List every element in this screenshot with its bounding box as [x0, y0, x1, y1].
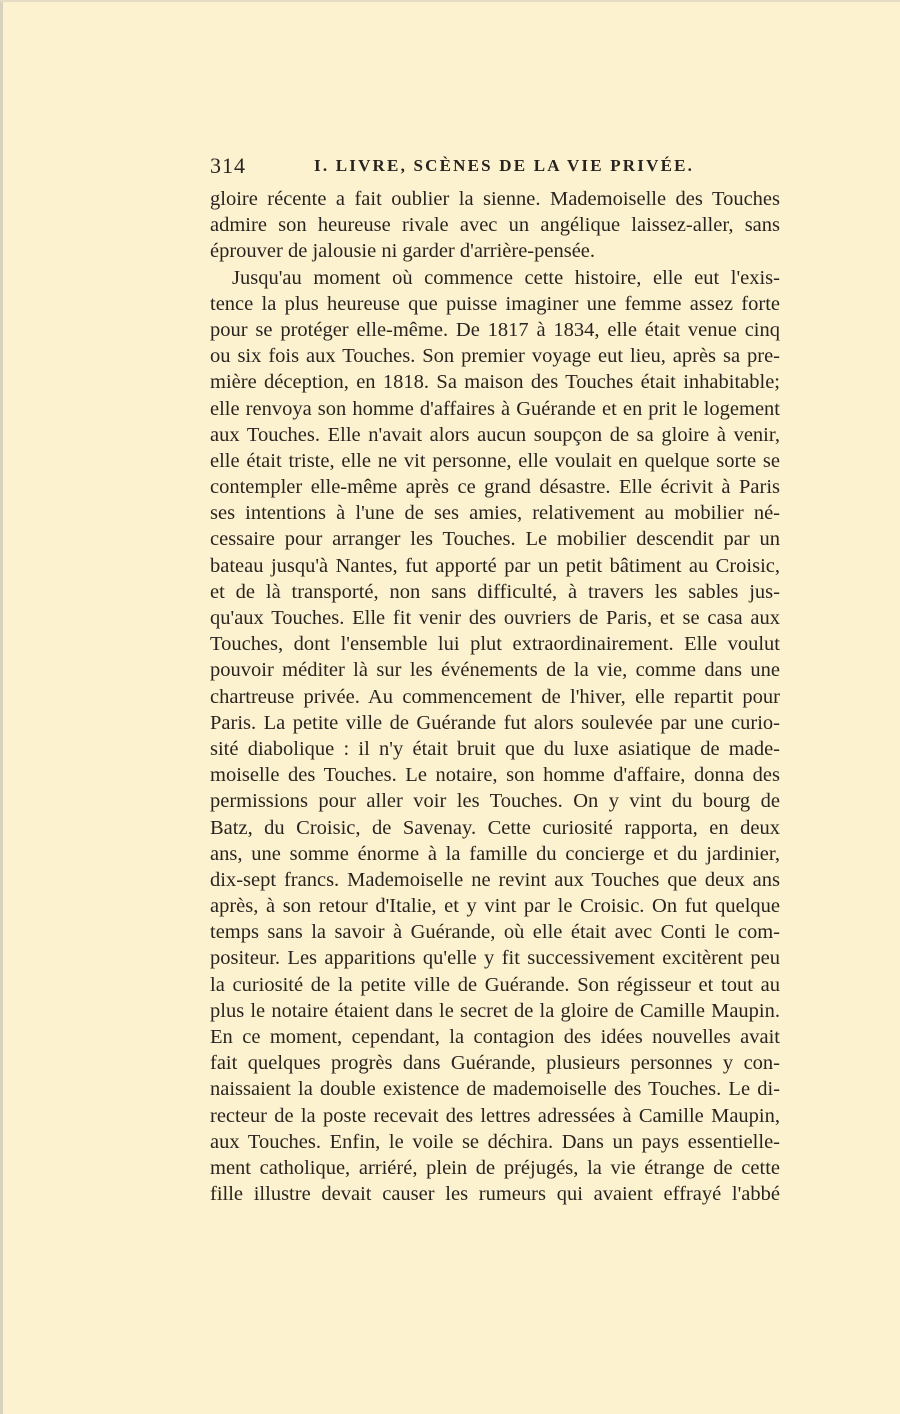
text-line: contempler elle-même après ce grand désa… [210, 474, 780, 500]
text-line: ses intentions à l'une de ses amies, rel… [210, 500, 780, 526]
text-line: cessaire pour arranger les Touches. Le m… [210, 526, 780, 552]
text-line: mière déception, en 1818. Sa maison des … [210, 369, 780, 395]
text-line: Touches, dont l'ensemble lui plut extrao… [210, 631, 780, 657]
text-line: temps sans la savoir à Guérande, où elle… [210, 919, 780, 945]
text-line: fait quelques progrès dans Guérande, plu… [210, 1050, 780, 1076]
text-line: chartreuse privée. Au commencement de l'… [210, 684, 780, 710]
text-line: la curiosité de la petite ville de Guéra… [210, 972, 780, 998]
text-line: pour se protéger elle-même. De 1817 à 18… [210, 317, 780, 343]
text-line: ou six fois aux Touches. Son premier voy… [210, 343, 780, 369]
text-line: En ce moment, cependant, la contagion de… [210, 1024, 780, 1050]
text-line: bateau jusqu'à Nantes, fut apporté par u… [210, 553, 780, 579]
text-line: gloire récente a fait oublier la sienne.… [210, 186, 780, 212]
text-line: aux Touches. Elle n'avait alors aucun so… [210, 422, 780, 448]
text-line: fille illustre devait causer les rumeurs… [210, 1181, 780, 1207]
text-line: elle renvoya son homme d'affaires à Guér… [210, 396, 780, 422]
text-line: Jusqu'au moment où commence cette histoi… [210, 265, 780, 291]
text-line: qu'aux Touches. Elle fit venir des ouvri… [210, 605, 780, 631]
page-edge [0, 0, 3, 1414]
running-head: 314 I. LIVRE, SCÈNES DE LA VIE PRIVÉE. [210, 153, 780, 181]
running-title: I. LIVRE, SCÈNES DE LA VIE PRIVÉE. [314, 156, 694, 176]
text-line: permissions pour aller voir les Touches.… [210, 788, 780, 814]
text-line: Paris. La petite ville de Guérande fut a… [210, 710, 780, 736]
text-line: dix-sept francs. Mademoiselle ne revint … [210, 867, 780, 893]
text-line: naissaient la double existence de mademo… [210, 1076, 780, 1102]
text-line: après, à son retour d'Italie, et y vint … [210, 893, 780, 919]
page-edge-top [0, 0, 900, 2]
text-line: éprouver de jalousie ni garder d'arrière… [210, 238, 780, 264]
text-line: et de là transporté, non sans difficulté… [210, 579, 780, 605]
page-number: 314 [210, 153, 246, 179]
text-line: ment catholique, arriéré, plein de préju… [210, 1155, 780, 1181]
text-line: moiselle des Touches. Le notaire, son ho… [210, 762, 780, 788]
text-line: Batz, du Croisic, de Savenay. Cette curi… [210, 815, 780, 841]
text-line: elle était triste, elle ne vit personne,… [210, 448, 780, 474]
text-line: plus le notaire étaient dans le secret d… [210, 998, 780, 1024]
text-line: recteur de la poste recevait des lettres… [210, 1103, 780, 1129]
text-line: sité diabolique : il n'y était bruit que… [210, 736, 780, 762]
text-line: tence la plus heureuse que puisse imagin… [210, 291, 780, 317]
text-line: aux Touches. Enfin, le voile se déchira.… [210, 1129, 780, 1155]
text-line: pouvoir méditer là sur les événements de… [210, 657, 780, 683]
text-line: ans, une somme énorme à la famille du co… [210, 841, 780, 867]
body-text: gloire récente a fait oublier la sienne.… [210, 186, 780, 1207]
text-line: positeur. Les apparitions qu'elle y fit … [210, 945, 780, 971]
text-line: admire son heureuse rivale avec un angél… [210, 212, 780, 238]
